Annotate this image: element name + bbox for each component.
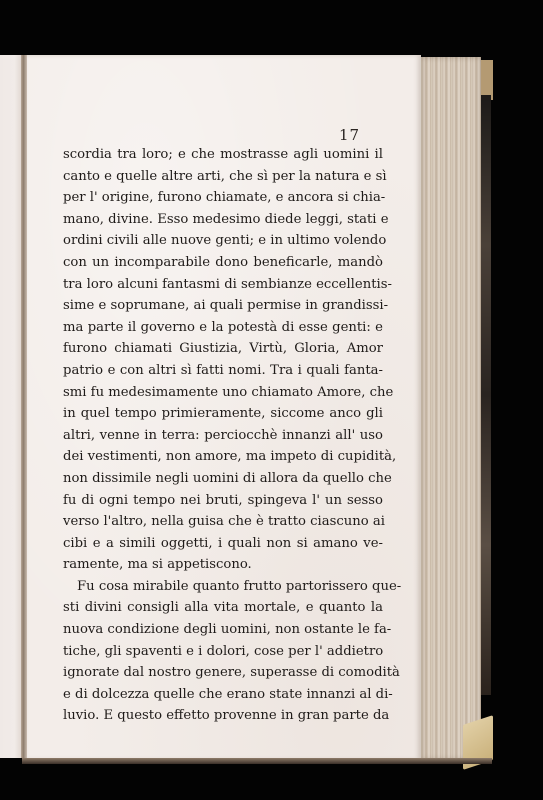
page-bottom-edge	[22, 758, 492, 764]
text-line: mano, divine. Esso medesimo diede leggi,…	[63, 209, 383, 231]
text-line: patrio e con altri sì fatti nomi. Tra i …	[63, 360, 383, 382]
page-number: 17	[339, 126, 360, 144]
text-line: fu di ogni tempo nei bruti, spingeva l' …	[63, 490, 383, 512]
text-line: sime e soprumane, ai quali permise in gr…	[63, 295, 383, 317]
page-edges-stack	[421, 57, 481, 760]
text-line: e di dolcezza quelle che erano state inn…	[63, 684, 383, 706]
text-line: ma parte il governo e la potestà di esse…	[63, 317, 383, 339]
text-line: furono chiamati Giustizia, Virtù, Gloria…	[63, 338, 383, 360]
text-line: con un incomparabile dono beneficarle, m…	[63, 252, 383, 274]
text-line: cibi e a simili oggetti, i quali non si …	[63, 533, 383, 555]
text-line: tiche, gli spaventi e i dolori, cose per…	[63, 641, 383, 663]
text-line: ignorate dal nostro genere, superasse di…	[63, 662, 383, 684]
text-line: dei vestimenti, non amore, ma impeto di …	[63, 446, 383, 468]
text-line: sti divini consigli alla vita mortale, e…	[63, 597, 383, 619]
text-line: scordia tra loro; e che mostrasse agli u…	[63, 144, 383, 166]
text-line: Fu cosa mirabile quanto frutto partoriss…	[63, 576, 383, 598]
text-line: altri, venne in terra: perciocchè innanz…	[63, 425, 383, 447]
cover-corner	[481, 60, 493, 100]
text-line: ordini civili alle nuove genti; e in ult…	[63, 230, 383, 252]
facing-left-page	[0, 55, 21, 758]
text-line: verso l'altro, nella guisa che è tratto …	[63, 511, 383, 533]
text-line: non dissimile negli uomini di allora da …	[63, 468, 383, 490]
text-line: tra loro alcuni fantasmi di sembianze ec…	[63, 274, 383, 296]
text-line: luvio. E questo effetto provenne in gran…	[63, 705, 383, 727]
text-line: smi fu medesimamente uno chiamato Amore,…	[63, 382, 383, 404]
text-line: nuova condizione degli uomini, non ostan…	[63, 619, 383, 641]
text-line: ramente, ma si appetiscono.	[63, 554, 383, 576]
book-cover-edge	[481, 95, 491, 695]
text-line: per l' origine, furono chiamate, e ancor…	[63, 187, 383, 209]
page-text: scordia tra loro; e che mostrasse agli u…	[63, 144, 383, 727]
text-line: canto e quelle altre arti, che sì per la…	[63, 166, 383, 188]
text-line: in quel tempo primieramente, siccome anc…	[63, 403, 383, 425]
